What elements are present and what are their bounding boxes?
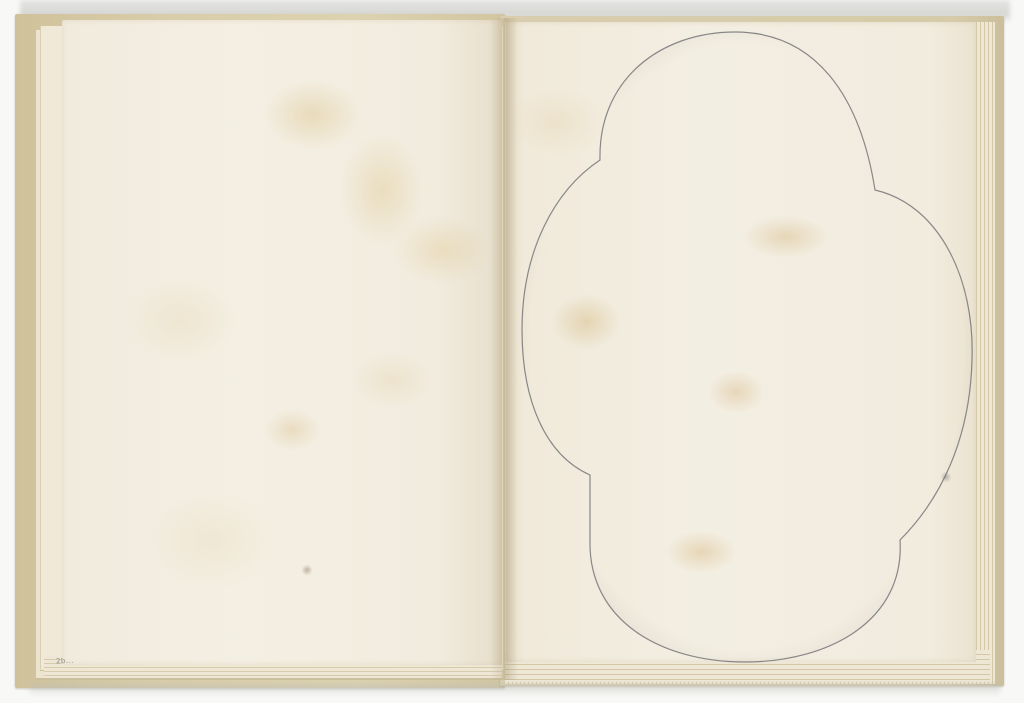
book-bottom-shadow	[30, 684, 1000, 696]
right-page	[506, 22, 976, 662]
pencil-mark: 2b...	[56, 657, 74, 666]
left-page	[62, 20, 502, 665]
book-gutter	[490, 18, 518, 680]
